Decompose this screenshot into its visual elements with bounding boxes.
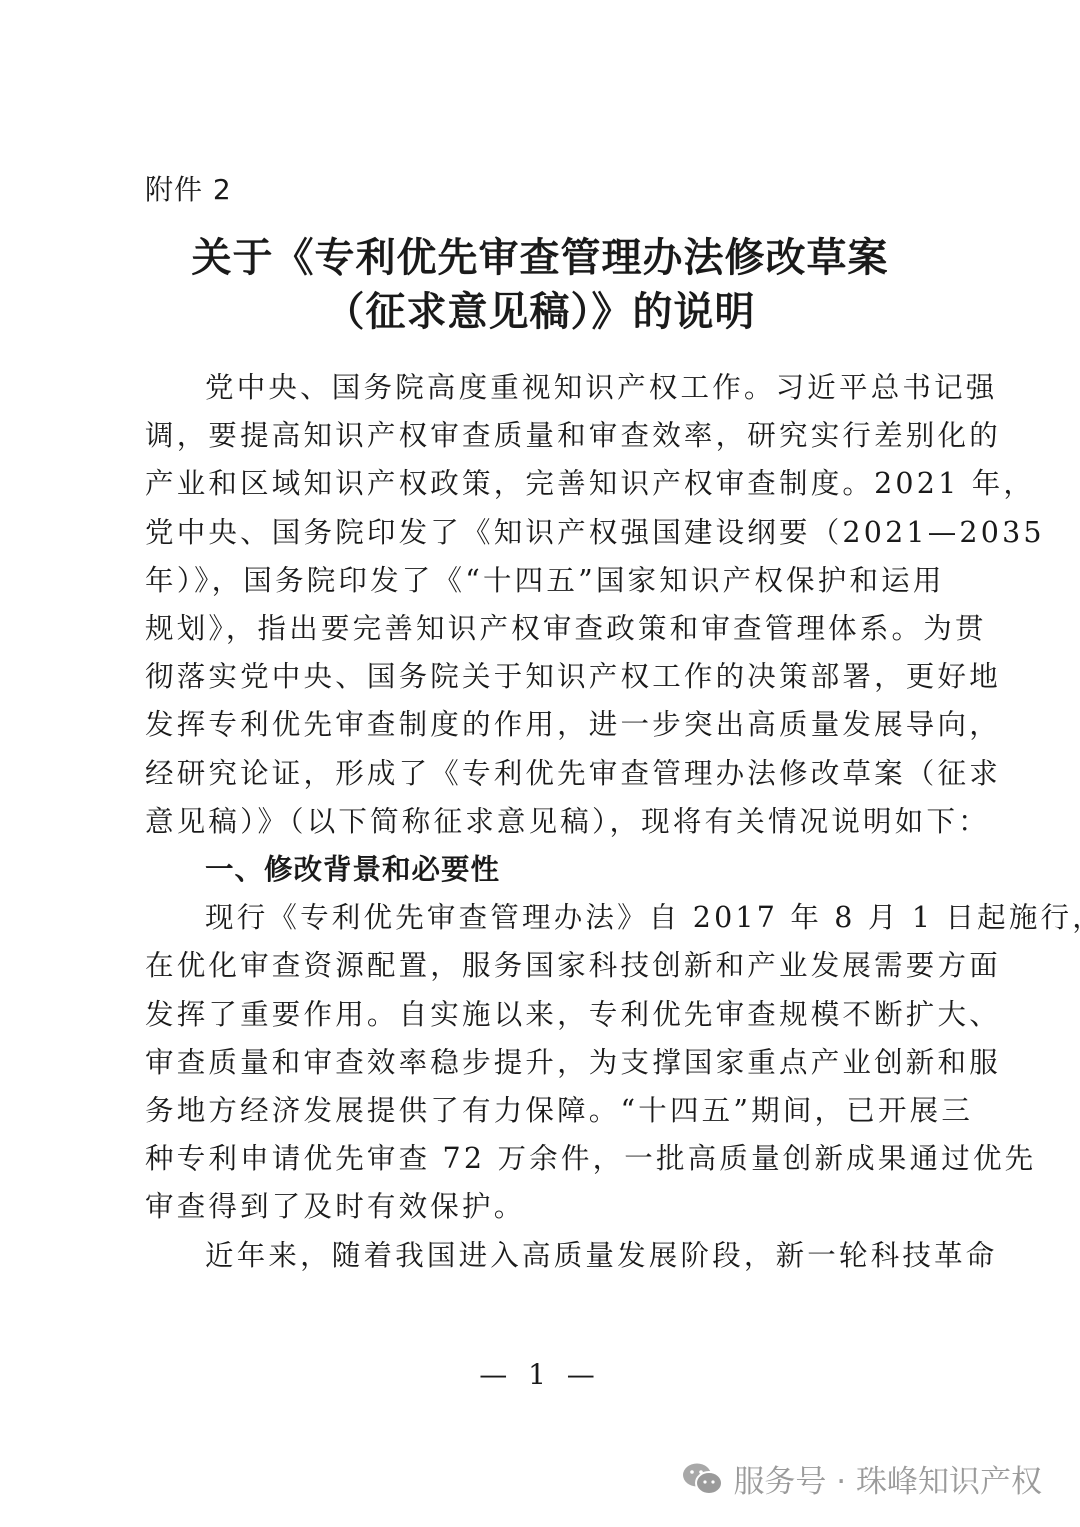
wechat-icon <box>681 1462 725 1496</box>
body-line: 在优化审查资源配置，服务国家科技创新和产业发展需要方面 <box>145 946 935 986</box>
body-line: 彻落实党中央、国务院关于知识产权工作的决策部署，更好地 <box>145 657 935 697</box>
body-line: 近年来，随着我国进入高质量发展阶段，新一轮科技革命 <box>205 1236 935 1276</box>
body-line: 党中央、国务院高度重视知识产权工作。习近平总书记强 <box>205 368 935 408</box>
page-number: — 1 — <box>0 1358 1080 1391</box>
watermark: 服务号 · 珠峰知识产权 <box>681 1456 1042 1501</box>
document-title-line-2: （征求意见稿）》的说明 <box>0 280 1080 337</box>
body-line: 现行《专利优先审查管理办法》自 2017 年 8 月 1 日起施行， <box>205 898 935 938</box>
watermark-text: 服务号 · 珠峰知识产权 <box>733 1456 1042 1501</box>
body-line: 年）》，国务院印发了《“十四五”国家知识产权保护和运用 <box>145 561 935 601</box>
body-line: 产业和区域知识产权政策，完善知识产权审查制度。2021 年， <box>145 464 935 504</box>
attachment-label: 附件 2 <box>145 168 232 208</box>
body-line: 务地方经济发展提供了有力保障。“十四五”期间，已开展三 <box>145 1091 935 1131</box>
body-line: 种专利申请优先审查 72 万余件，一批高质量创新成果通过优先 <box>145 1139 935 1179</box>
document-page: 附件 2 关于《专利优先审查管理办法修改草案 （征求意见稿）》的说明 党中央、国… <box>0 0 1080 1527</box>
body-line: 经研究论证，形成了《专利优先审查管理办法修改草案（征求 <box>145 754 935 794</box>
section-heading: 一、修改背景和必要性 <box>205 850 935 890</box>
body-line: 审查得到了及时有效保护。 <box>145 1187 935 1227</box>
body-line: 意见稿）》（以下简称征求意见稿），现将有关情况说明如下： <box>145 802 935 842</box>
body-line: 发挥了重要作用。自实施以来，专利优先审查规模不断扩大、 <box>145 995 935 1035</box>
body-line: 审查质量和审查效率稳步提升，为支撑国家重点产业创新和服 <box>145 1043 935 1083</box>
body-line: 规划》，指出要完善知识产权审查政策和审查管理体系。为贯 <box>145 609 935 649</box>
body-line: 党中央、国务院印发了《知识产权强国建设纲要（2021—2035 <box>145 513 935 553</box>
document-title-line-1: 关于《专利优先审查管理办法修改草案 <box>0 226 1080 283</box>
body-line: 调，要提高知识产权审查质量和审查效率，研究实行差别化的 <box>145 416 935 456</box>
body-line: 发挥专利优先审查制度的作用，进一步突出高质量发展导向， <box>145 705 935 745</box>
